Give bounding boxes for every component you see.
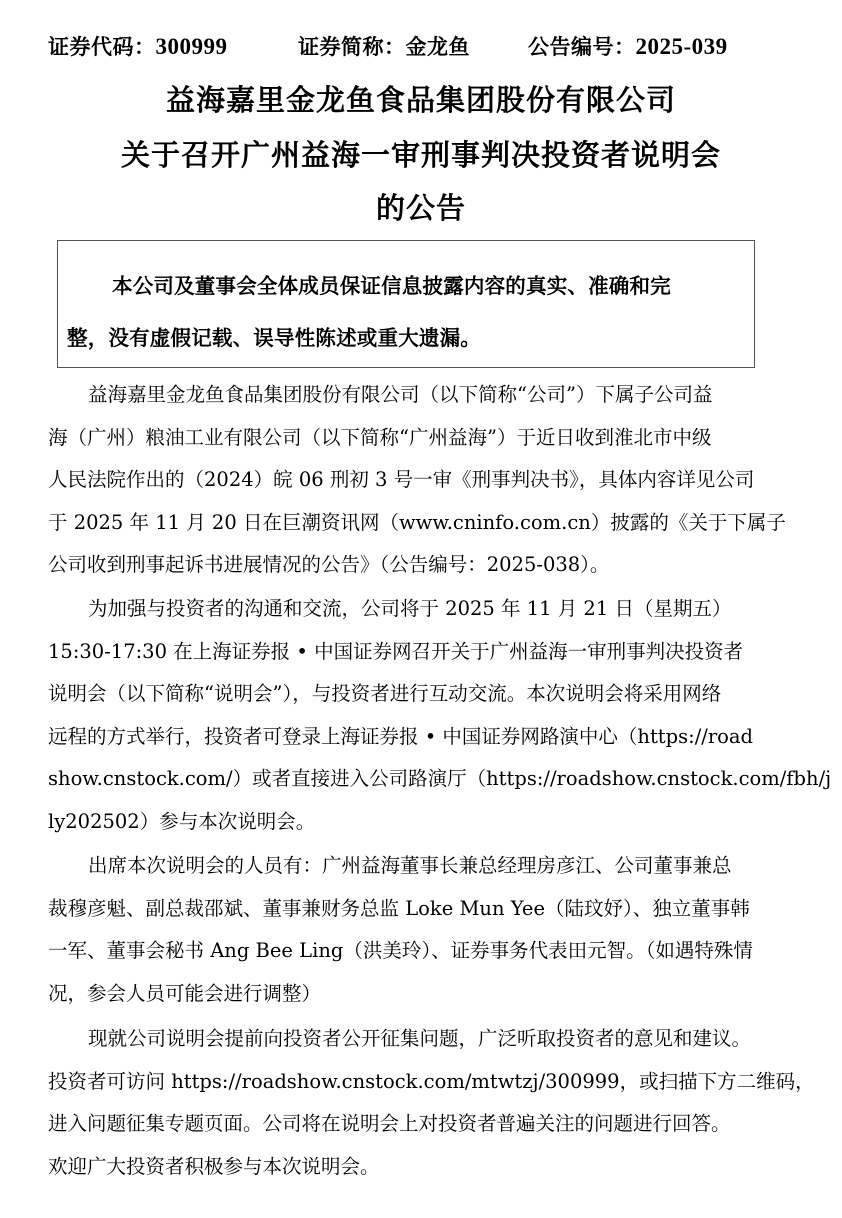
- paragraph-line: 投资者可访问 https://roadshow.cnstock.com/mtwt…: [48, 1061, 772, 1104]
- paragraph-line: 一军、董事会秘书 Ang Bee Ling（洪美玲）、证券事务代表田元智。（如遇…: [48, 930, 772, 973]
- paragraph-line: 进入问题征集专题页面。公司将在说明会上对投资者普遍关注的问题进行回答。: [48, 1103, 772, 1146]
- paragraph-line: 海（广州）粮油工业有限公司（以下简称“广州益海”）于近日收到淮北市中级: [48, 417, 772, 460]
- security-abbr-value: 金龙鱼: [406, 35, 471, 59]
- paragraph-line: 15:30-17:30 在上海证券报 • 中国证券网召开关于广州益海一审刑事判决…: [48, 631, 772, 674]
- paragraph-line: 裁穆彦魁、副总裁邵斌、董事兼财务总监 Loke Mun Yee（陆玟妤）、独立董…: [48, 888, 772, 931]
- paragraph-line: 于 2025 年 11 月 20 日在巨潮资讯网（www.cninfo.com.…: [48, 502, 772, 545]
- security-abbr-label: 证券简称：: [298, 35, 406, 59]
- paragraph-line: 远程的方式举行，投资者可登录上海证券报 • 中国证券网路演中心（https://…: [48, 716, 772, 759]
- paragraph-line: 出席本次说明会的人员有：广州益海董事长兼总经理房彦江、公司董事兼总: [48, 845, 772, 888]
- document-title-line-2: 关于召开广州益海一审刑事判决投资者说明会: [0, 135, 842, 175]
- paragraph-meeting-details: 为加强与投资者的沟通和交流，公司将于 2025 年 11 月 21 日（星期五）…: [48, 588, 772, 843]
- paragraph-attendees: 出席本次说明会的人员有：广州益海董事长兼总经理房彦江、公司董事兼总 裁穆彦魁、副…: [48, 845, 772, 1015]
- disclosure-statement-box: 本公司及董事会全体成员保证信息披露内容的真实、准确和完 整，没有虚假记载、误导性…: [57, 240, 755, 368]
- security-code-label: 证券代码：: [48, 35, 156, 59]
- document-title-line-1: 益海嘉里金龙鱼食品集团股份有限公司: [0, 80, 842, 120]
- paragraph-line: 现就公司说明会提前向投资者公开征集问题，广泛听取投资者的意见和建议。: [48, 1018, 772, 1061]
- paragraph-line: 人民法院作出的（2024）皖 06 刑初 3 号一审《刑事判决书》，具体内容详见…: [48, 459, 772, 502]
- announcement-number: 公告编号：2025-039: [528, 30, 728, 64]
- security-code: 证券代码：300999: [48, 30, 228, 64]
- disclosure-statement-line-1: 本公司及董事会全体成员保证信息披露内容的真实、准确和完: [112, 269, 671, 299]
- paragraph-line: 况，参会人员可能会进行调整）: [48, 973, 772, 1016]
- paragraph-line: ly202502）参与本次说明会。: [48, 801, 772, 844]
- document-title-line-3: 的公告: [0, 188, 842, 228]
- paragraph-line: show.cnstock.com/）或者直接进入公司路演厅（https://ro…: [48, 758, 772, 801]
- disclosure-statement-line-2: 整，没有虚假记载、误导性陈述或重大遗漏。: [67, 321, 481, 351]
- paragraph-background: 益海嘉里金龙鱼食品集团股份有限公司（以下简称“公司”）下属子公司益 海（广州）粮…: [48, 374, 772, 587]
- announcement-number-value: 2025-039: [636, 34, 728, 59]
- paragraph-line: 说明会（以下简称“说明会”），与投资者进行互动交流。本次说明会将采用网络: [48, 673, 772, 716]
- paragraph-line: 欢迎广大投资者积极参与本次说明会。: [48, 1146, 772, 1189]
- paragraph-line: 益海嘉里金龙鱼食品集团股份有限公司（以下简称“公司”）下属子公司益: [48, 374, 772, 417]
- announcement-number-label: 公告编号：: [528, 35, 636, 59]
- paragraph-question-collection: 现就公司说明会提前向投资者公开征集问题，广泛听取投资者的意见和建议。 投资者可访…: [48, 1018, 772, 1188]
- security-code-value: 300999: [156, 34, 228, 59]
- paragraph-line: 为加强与投资者的沟通和交流，公司将于 2025 年 11 月 21 日（星期五）: [48, 588, 772, 631]
- paragraph-line: 公司收到刑事起诉书进展情况的公告》（公告编号：2025-038）。: [48, 544, 772, 587]
- security-abbr: 证券简称：金龙鱼: [298, 30, 470, 64]
